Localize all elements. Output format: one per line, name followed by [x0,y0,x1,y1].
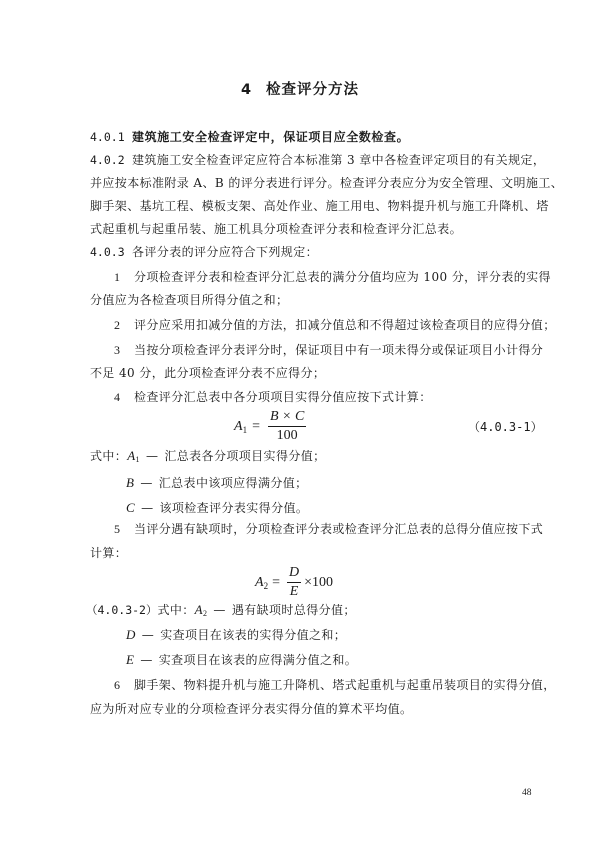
item-text: 当按分项检查评分表评分时，保证项目中有一项未得分或保证项目小计得分 [134,343,543,357]
chapter-number: 4 [241,82,252,98]
equation-number: （4.0.3-2） [86,603,157,617]
formula-lhs: A1 [234,419,247,435]
formula-1-def-a1: 式中：A1—汇总表各分项项目实得分值； [90,448,550,468]
list-item-6-line-2: 应为所对应专业的分项检查评分表实得分值的算术平均值。 [90,701,550,717]
def-variable: C [126,500,135,515]
equals-sign: = [272,575,280,591]
list-item-1-line-2: 分值应为各检查项目所得分值之和； [90,292,550,308]
item-text: 当评分遇有缺项时，分项检查评分表或检查评分汇总表的总得分值应按下式 [134,522,543,536]
clause-number: 4.0.2 [90,152,132,168]
denominator: 100 [277,427,298,444]
item-number: 1 [114,269,134,285]
list-item-5-line-2: 计算： [90,545,550,561]
formula-2-def-e: E—实查项目在该表的应得满分值之和。 [126,652,586,668]
def-variable: D [126,627,136,642]
clause-text: 各评分表的评分应符合下列规定： [132,245,318,259]
clause-number: 4.0.1 [90,129,132,145]
def-dash: — [146,448,158,464]
def-text: 遇有缺项时总得分值； [232,603,356,617]
def-dash: — [140,652,152,668]
item-number: 6 [114,677,134,693]
def-text: 该项检查评分表实得分值。 [159,501,308,515]
clause-4-0-2-line-3: 脚手架、基坑工程、模板支架、高处作业、施工用电、物料提升机与施工升降机、塔 [90,198,550,214]
list-item-5: 5当评分遇有缺项时，分项检查评分表或检查评分汇总表的总得分值应按下式 [90,521,550,537]
where-label: 式中： [157,603,194,617]
def-text: 实查项目在该表的实得分值之和； [160,628,346,642]
formula-4-0-3-2: A2 = D E ×100 [255,565,333,600]
item-number: 4 [114,389,134,405]
denominator: E [290,583,299,600]
clause-number: 4.0.3 [90,244,132,260]
def-text: 汇总表中该项应得满分值； [159,476,308,490]
def-variable: E [126,652,134,667]
list-item-6: 6脚手架、物料提升机与施工升降机、塔式起重机与起重吊装项目的实得分值， [90,677,550,693]
def-dash: — [142,627,154,643]
item-number: 2 [114,317,134,333]
item-number: 5 [114,521,134,537]
formula-2-def-d: D—实查项目在该表的实得分值之和； [126,627,586,643]
clause-4-0-1: 4.0.1建筑施工安全检查评定中，保证项目应全数检查。 [90,129,550,145]
list-item-3: 3当按分项检查评分表评分时，保证项目中有一项未得分或保证项目小计得分 [90,342,550,358]
formula-2-def-a2: （4.0.3-2）式中：A2—遇有缺项时总得分值； [86,602,546,622]
where-label: 式中： [90,449,127,463]
clause-4-0-2: 4.0.2建筑施工安全检查评定应符合本标准第 3 章中各检查评定项目的有关规定， [90,152,550,168]
item-text: 脚手架、物料提升机与施工升降机、塔式起重机与起重吊装项目的实得分值， [134,678,556,692]
item-number: 3 [114,342,134,358]
page-number: 48 [522,788,532,798]
def-dash: — [140,475,152,491]
clause-text: 建筑施工安全检查评定中，保证项目应全数检查。 [132,130,409,144]
def-variable: B [126,475,134,490]
list-item-4: 4检查评分汇总表中各分项项目实得分值应按下式计算： [90,389,550,405]
fraction: D E [287,565,301,600]
chapter-title: 4检查评分方法 [0,78,600,99]
numerator: B × C [268,409,306,427]
formula-4-0-3-1: A1 = B × C 100 [234,409,309,444]
fraction: B × C 100 [268,409,306,444]
list-item-1: 1分项检查评分表和检查评分汇总表的满分分值均应为 100 分，评分表的实得 [90,269,550,285]
item-text: 检查评分汇总表中各分项项目实得分值应按下式计算： [134,390,432,404]
formula-1-def-b: B—汇总表中该项应得满分值； [126,475,586,491]
clause-text: 建筑施工安全检查评定应符合本标准第 3 章中各检查评定项目的有关规定， [132,153,545,167]
list-item-2: 2评分应采用扣减分值的方法，扣减分值总和不得超过该检查项目的应得分值； [90,317,550,333]
def-text: 汇总表各分项项目实得分值； [164,449,325,463]
multiplier: ×100 [304,575,333,591]
formula-lhs: A2 [255,575,268,591]
list-item-3-line-2: 不足 40 分，此分项检查评分表不应得分； [90,365,550,381]
clause-4-0-3: 4.0.3各评分表的评分应符合下列规定： [90,244,550,260]
equation-number: （4.0.3-1） [468,418,543,435]
def-variable: A1 [127,448,140,463]
clause-4-0-2-line-2: 并应按本标准附录 A、B 的评分表进行评分。检查评分表应分为安全管理、文明施工、 [90,175,550,191]
numerator: D [287,565,301,583]
item-text: 分项检查评分表和检查评分汇总表的满分分值均应为 100 分，评分表的实得 [134,270,551,284]
def-text: 实查项目在该表的应得满分值之和。 [159,653,357,667]
equals-sign: = [252,419,260,435]
clause-4-0-2-line-4: 式起重机与起重吊装、施工机具分项检查评分表和检查评分汇总表。 [90,221,550,237]
chapter-title-text: 检查评分方法 [266,82,359,98]
def-dash: — [141,500,153,516]
document-page: 4检查评分方法 4.0.1建筑施工安全检查评定中，保证项目应全数检查。 4.0.… [0,0,600,848]
item-text: 评分应采用扣减分值的方法，扣减分值总和不得超过该检查项目的应得分值； [134,318,556,332]
def-variable: A2 [195,602,208,617]
def-dash: — [213,602,225,618]
formula-1-def-c: C—该项检查评分表实得分值。 [126,500,586,516]
